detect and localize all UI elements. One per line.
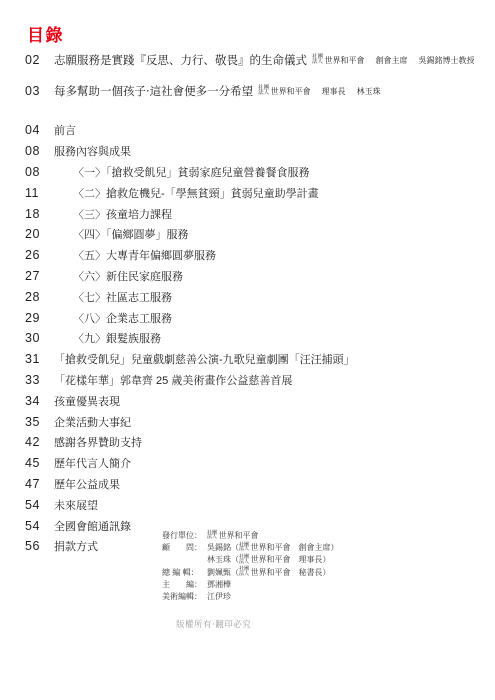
toc-list: 04前言08服務內容與成果08〈一〉「搶救受飢兒」貧弱家庭兒童營養餐食服務11〈… xyxy=(25,120,355,557)
lead-entries: 02志願服務是實踐『反思、力行、敬畏』的生命儀式社團法人世界和平會創會主席吳錫銘… xyxy=(25,53,475,115)
org-type-line2: 法人 xyxy=(239,547,249,552)
toc-page-number: 18 xyxy=(25,207,54,221)
toc-entry-title: 〈九〉銀髮族服務 xyxy=(54,330,161,346)
colophon-row: 美術編輯：江伊珍 xyxy=(162,590,339,602)
toc-page-number: 04 xyxy=(25,123,54,137)
paren-open: （ xyxy=(231,542,239,553)
org-type-stack: 社團法人 xyxy=(258,86,269,96)
toc-lead-row: 02志願服務是實踐『反思、力行、敬畏』的生命儀式社團法人世界和平會創會主席吳錫銘… xyxy=(25,53,475,67)
toc-entry-title: 企業活動大事紀 xyxy=(54,414,131,430)
toc-row: 33「花樣年華」郭韋齊 25 歲美術畫作公益慈善首展 xyxy=(25,370,355,391)
toc-entry-title: 〈三〉孩童培力課程 xyxy=(54,206,172,222)
colophon-label: 總 編 輯： xyxy=(162,567,207,578)
toc-row: 20〈四〉「偏鄉圓夢」服務 xyxy=(25,224,355,245)
org-name: 世界和平會 xyxy=(251,542,291,553)
toc-entry-title: 〈二〉搶救危機兒-「學無貧頸」貧弱兒童助學計畫 xyxy=(54,185,319,201)
paren-open: （ xyxy=(231,554,239,565)
toc-page-number: 54 xyxy=(25,498,54,512)
toc-row: 47歷年公益成果 xyxy=(25,474,355,495)
toc-row: 27〈六〉新住民家庭服務 xyxy=(25,266,355,287)
colophon-value: 林玉珠（社團法人世界和平會理事長） xyxy=(207,554,331,565)
person-name: 林玉珠 xyxy=(207,554,231,565)
toc-entry-title: 歷年公益成果 xyxy=(54,476,120,492)
toc-entry-title: 〈六〉新住民家庭服務 xyxy=(54,268,183,284)
org-name: 世界和平會 xyxy=(271,86,311,97)
colophon-row: 發行單位：社團法人世界和平會 xyxy=(162,529,339,541)
org-name: 世界和平會 xyxy=(325,55,365,66)
toc-page-number: 47 xyxy=(25,477,54,491)
person-name: 吳錫銘 xyxy=(207,542,231,553)
toc-row: 08服務內容與成果 xyxy=(25,141,355,162)
org-type-stack: 社團法人 xyxy=(207,531,217,540)
toc-row: 18〈三〉孩童培力課程 xyxy=(25,203,355,224)
toc-entry-title: 「花樣年華」郭韋齊 25 歲美術畫作公益慈善首展 xyxy=(54,372,292,388)
author-annotation: 社團法人世界和平會創會主席吳錫銘博士教授 xyxy=(312,55,475,66)
colophon-label: 美術編輯： xyxy=(162,591,207,602)
toc-page-number: 26 xyxy=(25,248,54,262)
toc-row: 30〈九〉銀髮族服務 xyxy=(25,328,355,349)
toc-entry-title: 孩童優異表現 xyxy=(54,393,120,409)
toc-row: 29〈八〉企業志工服務 xyxy=(25,307,355,328)
toc-page-number: 30 xyxy=(25,331,54,345)
org-name: 世界和平會 xyxy=(251,567,291,578)
toc-row: 45歷年代言人簡介 xyxy=(25,453,355,474)
toc-entry-title: 每多幫助一個孩子‧這社會便多一分希望 xyxy=(54,83,253,99)
toc-page-number: 11 xyxy=(25,186,54,200)
author-name: 林玉珠 xyxy=(357,86,381,97)
colophon-row: 總 編 輯：劉姵甄（社團法人世界和平會秘書長） xyxy=(162,566,339,578)
toc-entry-title: 志願服務是實踐『反思、力行、敬畏』的生命儀式 xyxy=(54,52,307,68)
toc-page-number: 28 xyxy=(25,290,54,304)
colophon-label: 發行單位： xyxy=(162,530,207,541)
toc-entry-title: 歷年代言人簡介 xyxy=(54,455,131,471)
toc-row: 31「搶救受飢兒」兒童戲劇慈善公演-九歌兒童劇團「汪汪捕頭」 xyxy=(25,349,355,370)
org-type-stack: 社團法人 xyxy=(239,567,249,576)
toc-page-number: 08 xyxy=(25,144,54,158)
colophon-value: 江伊珍 xyxy=(207,591,231,602)
toc-page-number: 54 xyxy=(25,519,54,533)
toc-row: 35企業活動大事紀 xyxy=(25,411,355,432)
colophon-row: 林玉珠（社團法人世界和平會理事長） xyxy=(162,554,339,566)
toc-entry-title: 前言 xyxy=(54,122,76,138)
author-name: 吳錫銘博士教授 xyxy=(419,55,475,66)
toc-row: 34孩童優異表現 xyxy=(25,390,355,411)
toc-page-number: 34 xyxy=(25,394,54,408)
toc-entry-title: 服務內容與成果 xyxy=(54,143,131,159)
toc-row: 11〈二〉搶救危機兒-「學無貧頸」貧弱兒童助學計畫 xyxy=(25,182,355,203)
person-role: 創會主席 xyxy=(299,542,331,553)
person-role: 理事長 xyxy=(299,554,323,565)
colophon-value: 社團法人世界和平會 xyxy=(207,530,259,541)
person-role: 秘書長 xyxy=(299,567,323,578)
toc-page-number: 31 xyxy=(25,352,54,366)
toc-entry-title: 〈五〉大專青年偏鄉圓夢服務 xyxy=(54,247,216,263)
toc-row: 08〈一〉「搶救受飢兒」貧弱家庭兒童營養餐食服務 xyxy=(25,162,355,183)
org-name: 世界和平會 xyxy=(219,530,259,541)
toc-entry-title: 全國會館通訊錄 xyxy=(54,518,131,534)
toc-lead-row: 03每多幫助一個孩子‧這社會便多一分希望社團法人世界和平會理事長林玉珠 xyxy=(25,84,475,98)
colophon-row: 顧 問：吳錫銘（社團法人世界和平會創會主席） xyxy=(162,541,339,553)
org-type-line2: 法人 xyxy=(312,60,323,65)
toc-page-number: 42 xyxy=(25,435,54,449)
org-type-line2: 法人 xyxy=(207,535,217,540)
author-annotation: 社團法人世界和平會理事長林玉珠 xyxy=(258,86,381,97)
colophon-value: 劉姵甄（社團法人世界和平會秘書長） xyxy=(207,567,331,578)
toc-entry-title: 〈八〉企業志工服務 xyxy=(54,310,172,326)
org-type-line2: 法人 xyxy=(258,91,269,96)
person-name: 劉姵甄 xyxy=(207,567,231,578)
toc-entry-title: 〈七〉社區志工服務 xyxy=(54,289,172,305)
author-role: 創會主席 xyxy=(376,55,408,66)
toc-page-number: 29 xyxy=(25,311,54,325)
toc-page: 目錄 02志願服務是實踐『反思、力行、敬畏』的生命儀式社團法人世界和平會創會主席… xyxy=(0,0,495,700)
org-type-stack: 社團法人 xyxy=(239,543,249,552)
person-name: 鄧湘樺 xyxy=(207,579,231,590)
org-type-line2: 法人 xyxy=(239,572,249,577)
toc-entry-title: 「搶救受飢兒」兒童戲劇慈善公演-九歌兒童劇團「汪汪捕頭」 xyxy=(54,351,355,367)
toc-entry-title: 〈一〉「搶救受飢兒」貧弱家庭兒童營養餐食服務 xyxy=(54,164,310,180)
toc-page-number: 03 xyxy=(25,84,54,98)
paren-close: ） xyxy=(331,542,339,553)
colophon-row: 主 編：鄧湘樺 xyxy=(162,578,339,590)
page-title: 目錄 xyxy=(27,21,64,46)
toc-row: 28〈七〉社區志工服務 xyxy=(25,286,355,307)
author-role: 理事長 xyxy=(322,86,346,97)
toc-page-number: 20 xyxy=(25,227,54,241)
toc-page-number: 08 xyxy=(25,165,54,179)
toc-page-number: 35 xyxy=(25,415,54,429)
toc-entry-title: 感謝各界贊助支持 xyxy=(54,434,142,450)
paren-close: ） xyxy=(323,567,331,578)
toc-page-number: 27 xyxy=(25,269,54,283)
toc-entry-title: 未來展望 xyxy=(54,497,98,513)
org-type-stack: 社團法人 xyxy=(312,55,323,65)
toc-page-number: 33 xyxy=(25,373,54,387)
colophon-value: 吳錫銘（社團法人世界和平會創會主席） xyxy=(207,542,339,553)
toc-page-number: 45 xyxy=(25,456,54,470)
org-type-stack: 社團法人 xyxy=(239,555,249,564)
paren-open: （ xyxy=(231,567,239,578)
toc-row: 04前言 xyxy=(25,120,355,141)
toc-row: 42感謝各界贊助支持 xyxy=(25,432,355,453)
copyright-note: 版權所有‧翻印必究 xyxy=(176,618,251,630)
org-name: 世界和平會 xyxy=(251,554,291,565)
colophon-value: 鄧湘樺 xyxy=(207,579,231,590)
toc-entry-title: 〈四〉「偏鄉圓夢」服務 xyxy=(54,226,189,242)
toc-row: 26〈五〉大專青年偏鄉圓夢服務 xyxy=(25,245,355,266)
toc-page-number: 02 xyxy=(25,53,54,67)
colophon-label: 主 編： xyxy=(162,579,207,590)
paren-close: ） xyxy=(323,554,331,565)
toc-page-number: 56 xyxy=(25,539,54,553)
colophon: 發行單位：社團法人世界和平會顧 問：吳錫銘（社團法人世界和平會創會主席）林玉珠（… xyxy=(162,529,339,603)
toc-row: 54未來展望 xyxy=(25,494,355,515)
toc-entry-title: 捐款方式 xyxy=(54,538,98,554)
person-name: 江伊珍 xyxy=(207,591,231,602)
colophon-label: 顧 問： xyxy=(162,542,207,553)
org-type-line2: 法人 xyxy=(239,560,249,565)
